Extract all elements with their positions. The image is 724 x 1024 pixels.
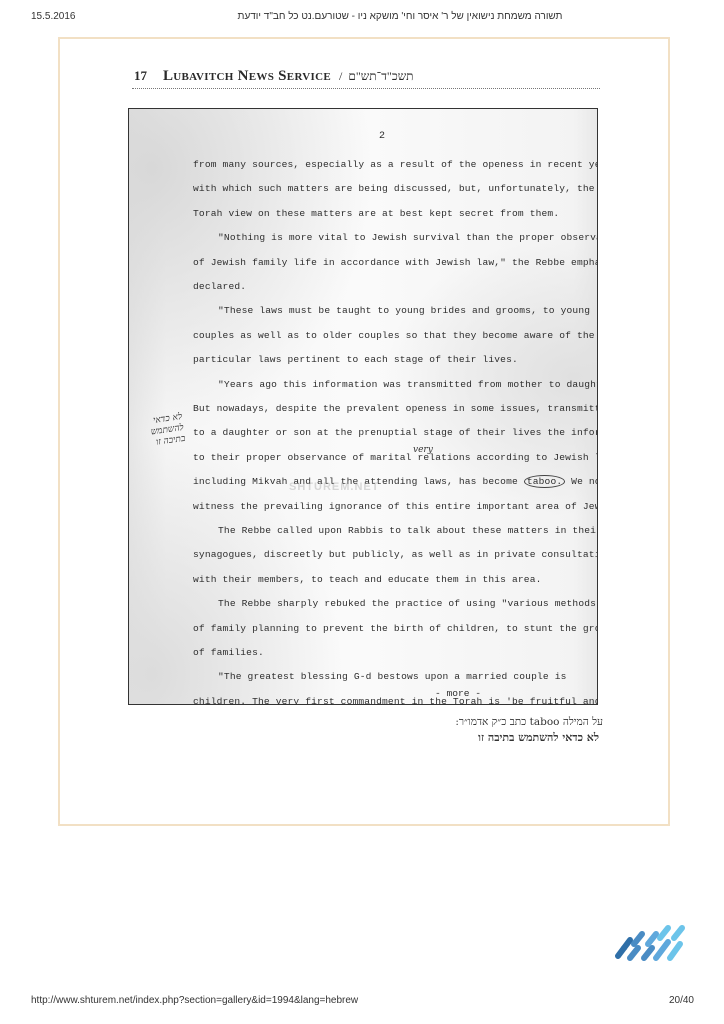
circled-word: taboo. <box>524 475 565 488</box>
shturem-logo-icon <box>612 918 692 968</box>
typed-line: to their proper observance of marital re… <box>193 452 598 463</box>
typed-line: from many sources, especially as a resul… <box>193 159 598 170</box>
scan-page-number: 2 <box>379 131 385 142</box>
more-indicator: - more - <box>435 688 481 699</box>
typed-line: But nowadays, despite the prevalent open… <box>193 403 598 414</box>
handwritten-margin-note: לא כדאי להשתמש בתיבה זו <box>137 412 186 451</box>
dotted-divider <box>132 88 600 89</box>
publication-page-number: 17 <box>134 68 147 84</box>
typed-line: "The greatest blessing G-d bestows upon … <box>193 671 567 682</box>
typed-line: The Rebbe called upon Rabbis to talk abo… <box>193 525 598 536</box>
typed-line: couples as well as to older couples so t… <box>193 330 595 341</box>
typed-line: "Nothing is more vital to Jewish surviva… <box>193 232 598 243</box>
handwritten-insert-annotation: very <box>413 445 433 455</box>
footer-page-count: 20/40 <box>669 995 694 1006</box>
typed-line: including Mikvah and all the attending l… <box>193 476 598 487</box>
typed-line: synagogues, discreetly but publicly, as … <box>193 549 598 560</box>
typed-line: with their members, to teach and educate… <box>193 574 542 585</box>
publication-hebrew-year: תשכ"ד־תש"ם <box>348 69 413 84</box>
caption-line-1: על המילה taboo כתב כ״ק אדמו״ר: <box>380 714 603 730</box>
typed-line: witness the prevailing ignorance of this… <box>193 501 598 512</box>
caption-line-2: לא כדאי להשתמש בתיבה זו <box>380 730 603 746</box>
caption: על המילה taboo כתב כ״ק אדמו״ר: לא כדאי ל… <box>380 714 603 746</box>
footer-url: http://www.shturem.net/index.php?section… <box>31 995 358 1006</box>
publication-name: Lubavitch News Service <box>163 68 331 85</box>
typed-line: declared. <box>193 281 246 292</box>
typed-line: "Years ago this information was transmit… <box>193 379 598 390</box>
print-page-title: תשורה משמחת נישואין של ר' איסר וחי' מושק… <box>200 11 600 22</box>
print-date: 15.5.2016 <box>31 11 76 22</box>
watermark: shturem.net <box>289 481 379 493</box>
typed-line: particular laws pertinent to each stage … <box>193 354 518 365</box>
typed-line: of Jewish family life in accordance with… <box>193 257 598 268</box>
publication-separator: / <box>339 69 342 84</box>
typed-line: of families. <box>193 647 264 658</box>
typed-line: of family planning to prevent the birth … <box>193 623 598 634</box>
typed-line: Torah view on these matters are at best … <box>193 208 559 219</box>
scanned-document: 2 from many sources, especially as a res… <box>128 108 598 705</box>
typed-line: children. The very first commandment in … <box>193 696 598 705</box>
typed-line: The Rebbe sharply rebuked the practice o… <box>193 598 596 609</box>
typed-line: with which such matters are being discus… <box>193 183 595 194</box>
typed-line: to a daughter or son at the prenuptial s… <box>193 427 598 438</box>
typed-line: "These laws must be taught to young brid… <box>193 305 590 316</box>
publication-header: 17 Lubavitch News Service / תשכ"ד־תש"ם <box>134 68 599 85</box>
